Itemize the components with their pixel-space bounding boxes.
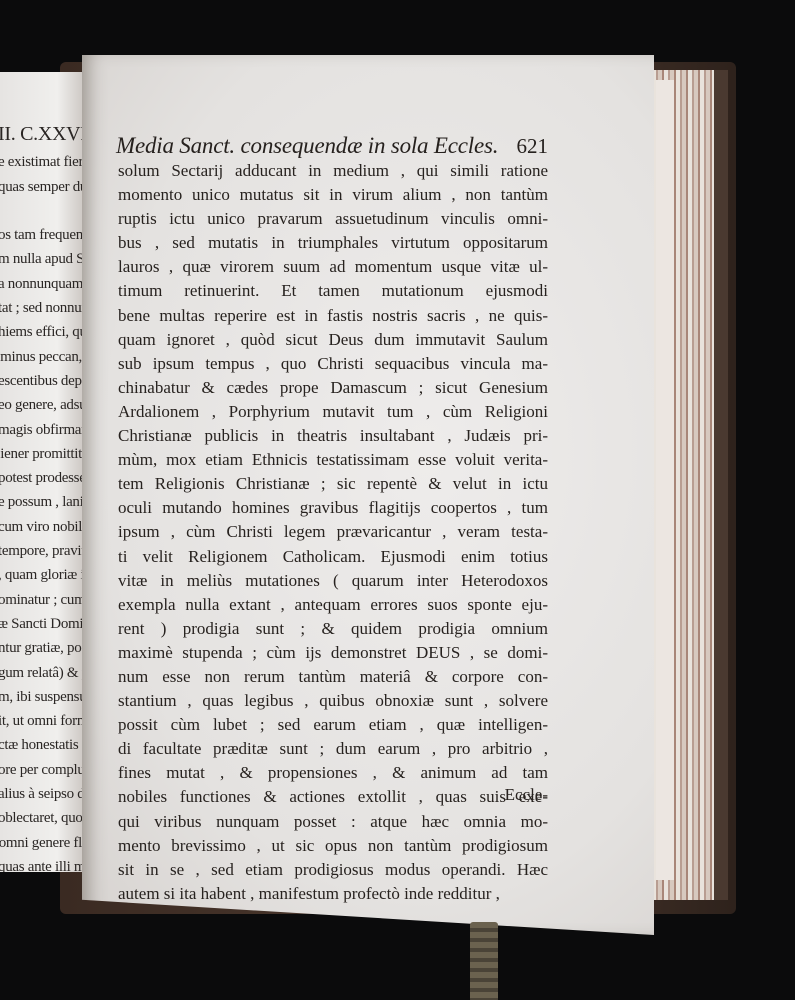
left-page-line: hiems effici, qu bbox=[0, 320, 85, 344]
left-page-line: quas semper duti bbox=[0, 175, 85, 199]
left-page: II. C.XXVII. e existimat fieriquas sempe… bbox=[0, 72, 85, 872]
left-page-line: ntur gratiæ, post bbox=[0, 636, 85, 660]
left-page-line: æ Sancti Dominici bbox=[0, 612, 85, 636]
left-page-line: ominatur ; cum h bbox=[0, 588, 85, 612]
left-page-text: II. C.XXVII. e existimat fieriquas sempe… bbox=[0, 122, 85, 872]
text-line: mùm, mox etiam Ethnicis testatissimam es… bbox=[118, 448, 548, 472]
left-page-line: a nonnunquam Se bbox=[0, 272, 85, 296]
text-line: num esse non rerum tantùm materiâ & corp… bbox=[118, 665, 548, 689]
left-page-line: it, ut omni forma bbox=[0, 709, 85, 733]
left-page-line: magis obfirmantur, bbox=[0, 418, 85, 442]
left-page-line: minus peccan, bbox=[0, 345, 85, 369]
text-line: mento brevissimo , ut sic opus non tantù… bbox=[118, 834, 548, 858]
page-edges bbox=[652, 70, 728, 900]
left-page-line: e existimat fieri bbox=[0, 150, 85, 174]
left-page-line: potest prodesse, mi bbox=[0, 466, 85, 490]
left-page-header: II. C.XXVII. bbox=[0, 122, 85, 146]
text-line: autem si ita habent , manifestum profect… bbox=[118, 882, 548, 906]
left-page-line: m, ibi suspensum bbox=[0, 685, 85, 709]
catchword: Eccle- bbox=[118, 785, 548, 805]
left-page-line: cum viro nobili, bbox=[0, 515, 85, 539]
text-line: di facultate præditæ sunt ; dum earum , … bbox=[118, 737, 548, 761]
text-line: stantium , quas legibus , quibus obnoxiæ… bbox=[118, 689, 548, 713]
text-line: momento unico mutatus sit in virum alium… bbox=[118, 183, 548, 207]
text-line: quam ignoret , quòd sicut Deus dum immut… bbox=[118, 328, 548, 352]
next-page-edge bbox=[656, 80, 674, 880]
running-head-title: Media Sanct. consequendæ in sola Eccles. bbox=[116, 133, 498, 159]
left-page-line: escentibus depre bbox=[0, 369, 85, 393]
text-line: tem Religionis Christianæ ; sic repentè … bbox=[118, 472, 548, 496]
left-page-line: tat ; sed nonnun bbox=[0, 296, 85, 320]
text-line: lauros , quæ virorem suum ad momentum us… bbox=[118, 255, 548, 279]
text-line: sit in se , sed etiam prodigiosus modus … bbox=[118, 858, 548, 882]
text-line: chinabatur & cædes prope Damascum ; sicu… bbox=[118, 376, 548, 400]
left-page-line: quas ante illi m bbox=[0, 855, 85, 872]
text-line: rent ) prodigia sunt ; & quidem prodigia… bbox=[118, 617, 548, 641]
left-page-line: e possum , lanio bbox=[0, 490, 85, 514]
running-head: Media Sanct. consequendæ in sola Eccles.… bbox=[116, 133, 548, 159]
left-page-line: omni genere fl bbox=[0, 831, 85, 855]
left-page-line: m nulla apud Secta bbox=[0, 247, 85, 271]
text-line: sub ipsum tempus , quo Christi sequacibu… bbox=[118, 352, 548, 376]
text-line: vitæ in meliùs mutationes ( quarum inter… bbox=[118, 569, 548, 593]
text-line: ruptis ictu unico pravarum assuetudinum … bbox=[118, 207, 548, 231]
text-line: timum retinuerint. Et tamen mutationum e… bbox=[118, 279, 548, 303]
ribbon-bookmark bbox=[470, 922, 498, 1000]
text-line: bene multas reperire est in fastis nostr… bbox=[118, 304, 548, 328]
text-line: exempla nulla extant , antequam errores … bbox=[118, 593, 548, 617]
left-page-line bbox=[0, 199, 85, 223]
left-page-line: ore per complures bbox=[0, 758, 85, 782]
left-page-line: alius à seipso dis bbox=[0, 782, 85, 806]
text-line: maximè stupenda ; cùm ijs demonstret DEU… bbox=[118, 641, 548, 665]
left-page-line: gum relatâ) & pi bbox=[0, 661, 85, 685]
text-line: bus , sed mutatis in triumphales virtutu… bbox=[118, 231, 548, 255]
left-page-line: iener promittit bbox=[0, 442, 85, 466]
text-line: ipsum , cùm Christi legem prævaricantur … bbox=[118, 520, 548, 544]
text-line: Christianæ publicis in theatris insultab… bbox=[118, 424, 548, 448]
text-line: ti velit Religionem Catholicam. Ejusmodi… bbox=[118, 545, 548, 569]
right-page: Media Sanct. consequendæ in sola Eccles.… bbox=[82, 55, 654, 935]
text-line: fines mutat , & propensiones , & animum … bbox=[118, 761, 548, 785]
text-line: qui viribus nunquam posset : atque hæc o… bbox=[118, 810, 548, 834]
page-number: 621 bbox=[517, 134, 549, 159]
text-line: possit cùm lubet ; sed earum etiam , quæ… bbox=[118, 713, 548, 737]
text-line: solum Sectarij adducant in medium , qui … bbox=[118, 159, 548, 183]
left-page-line: eo genere, adsuod bbox=[0, 393, 85, 417]
left-page-line: ctæ honestatis te bbox=[0, 733, 85, 757]
left-page-line: oblectaret, quod bbox=[0, 806, 85, 830]
left-page-line: , quam gloriæ illi bbox=[0, 563, 85, 587]
text-line: oculi mutando homines gravibus flagitijs… bbox=[118, 496, 548, 520]
text-line: Ardalionem , Porphyrium mutavit tum , cù… bbox=[118, 400, 548, 424]
left-page-line: tempore, pravium bbox=[0, 539, 85, 563]
left-page-line: os tam frequen bbox=[0, 223, 85, 247]
